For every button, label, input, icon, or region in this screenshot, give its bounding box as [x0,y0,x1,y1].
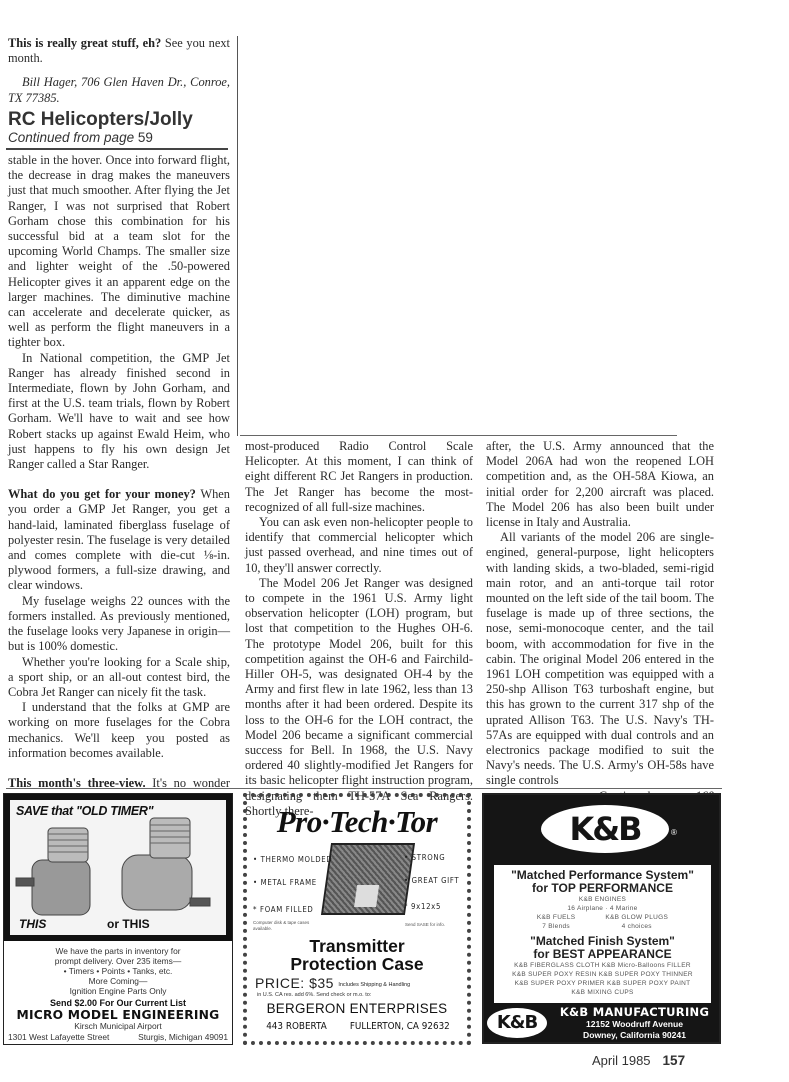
product-name: Transmitter Protection Case [243,937,471,973]
ad-micro-model-engineering: SAVE that "OLD TIMER" THIS or THIS We ha… [3,793,233,1045]
product-line: Protection Case [243,955,471,973]
ad-offer: Send $2.00 For Our Current List [4,998,232,1008]
ad-protechtor: Pro·Tech·Tor • THERMO MOLDED • METAL FRA… [243,793,471,1045]
feature: • GREAT GIFT [404,875,459,885]
section-what-you-get: What do you get for your money? When you… [8,487,230,593]
kb-address-block: K&B MANUFACTURING 12152 Woodruff Avenue … [552,1005,717,1041]
column-1-intro: This is really great stuff, eh? See you … [8,36,230,106]
ad-street: 1301 West Lafayette Street [8,1032,109,1042]
product-detail: 7 Blends [537,922,575,931]
section-lead: What do you get for your money? [8,487,196,501]
ad-brand: Pro·Tech·Tor [243,804,471,840]
product-line: K&B SUPER POXY RESIN K&B SUPER POXY THIN… [494,970,711,979]
continued-from-page: 59 [138,130,153,145]
ad-line: Ignition Engine Parts Only [4,986,232,996]
product-line: K&B SUPER POXY PRIMER K&B SUPER POXY PAI… [494,979,711,988]
kb-product-panel: "Matched Performance System" for TOP PER… [494,865,711,1003]
ad-city: FULLERTON, CA 92632 [350,1021,450,1032]
column-3-body: after, the U.S. Army announced that the … [486,439,714,804]
product-line: K&B ENGINES [494,895,711,904]
price-value: PRICE: $35 [255,975,334,991]
paragraph: In National competition, the GMP Jet Ran… [8,351,230,473]
ad-photo-frame: SAVE that "OLD TIMER" THIS or THIS [4,794,232,941]
ad-headline: SAVE that "OLD TIMER" [16,804,153,818]
ad-body: We have the parts in inventory for promp… [4,942,232,1042]
registered-mark-icon: ® [671,828,677,837]
ad-terms: in U.S. CA res. add 6%. Send check or m.… [257,992,371,998]
page-number: 157 [663,1053,686,1068]
price-note: Includes Shipping & Handling [338,982,410,988]
closing-lead: This is really great stuff, eh? [8,36,161,50]
continued-from: Continued from page 59 [8,130,230,146]
section-text: When you order a GMP Jet Ranger, you get… [8,487,230,592]
product-line: Transmitter [243,937,471,955]
paragraph: most-produced Radio Control Scale Helico… [245,439,473,515]
product-line: K&B GLOW PLUGS [605,913,668,922]
ad-company: BERGERON ENTERPRISES [243,1001,471,1016]
product-detail: 4 choices [605,922,668,931]
ad-company: K&B MANUFACTURING [552,1005,717,1019]
ad-note: Computer disk & tape cases available. [253,920,313,932]
product-detail: 16 Airplane · 4 Marine [494,904,711,913]
ad-city: Downey, California 90241 [552,1030,717,1041]
paragraph: Whether you're looking for a Scale ship,… [8,655,230,701]
three-view-bottom-rule [240,435,677,436]
ad-city: Sturgis, Michigan 49091 [138,1032,228,1042]
ad-line: We have the parts in inventory for [4,946,232,956]
ad-company: MICRO MODEL ENGINEERING [4,1010,232,1020]
paragraph: I understand that the folks at GMP are w… [8,700,230,761]
kb-logo: K&B [541,805,669,853]
page-folio: April 1985157 [592,1053,685,1068]
ad-kb-manufacturing: K&B ® "Matched Performance System" for T… [482,793,721,1044]
ad-line: • Timers • Points • Tanks, etc. [4,966,232,976]
ad-street: 443 ROBERTA [266,1021,327,1032]
product-line: K&B FUELS [537,913,575,922]
product-line: K&B MIXING CUPS [494,988,711,997]
ad-street: 12152 Woodruff Avenue [552,1019,717,1030]
caption-this: THIS [19,917,46,931]
paragraph: My fuselage weighs 22 ounces with the fo… [8,594,230,655]
product-line: K&B FIBERGLASS CLOTH K&B Micro-Balloons … [494,961,711,970]
engine-illustration-icon [10,800,226,935]
product-row: K&B FUELS7 Blends K&B GLOW PLUGS4 choice… [494,913,711,931]
ad-price: PRICE: $35 Includes Shipping & Handling [255,975,410,991]
paragraph: after, the U.S. Army announced that the … [486,439,714,530]
column-rule-left [237,36,238,436]
ad-line: More Coming— [4,976,232,986]
column-1-body: stable in the hover. Once into forward f… [8,153,230,806]
feature: * FOAM FILLED [253,904,313,914]
caption-or-this: or THIS [107,917,150,931]
ad-note: Send SASE for info. [405,922,445,928]
ad-address: 1301 West Lafayette Street Sturgis, Mich… [4,1032,232,1042]
ad-address: 443 ROBERTA FULLERTON, CA 92632 [266,1021,450,1032]
department-header: RC Helicopters/Jolly Continued from page… [8,110,230,146]
ad-location: Kirsch Municipal Airport [4,1021,232,1031]
system-subtitle: for TOP PERFORMANCE [494,882,711,895]
feature: • STRONG [404,852,445,862]
feature: * 9x12x5 [404,901,441,911]
kb-footer: K&B K&B MANUFACTURING 12152 Woodruff Ave… [484,1005,719,1042]
department-rule [6,148,228,150]
column-2-body: most-produced Radio Control Scale Helico… [245,439,473,819]
author-byline: Bill Hager, 706 Glen Haven Dr., Conroe, … [8,75,230,105]
paragraph: You can ask even non-helicopter people t… [245,515,473,576]
continued-from-label: Continued from page [8,130,138,145]
feature: • METAL FRAME [253,877,317,887]
kb-small-logo: K&B [487,1008,547,1038]
issue-date: April 1985 [592,1053,651,1068]
closing-paragraph: This is really great stuff, eh? See you … [8,36,230,66]
briefcase-icon [321,843,415,915]
paragraph: All variants of the model 206 are single… [486,530,714,788]
paragraph: The Model 206 Jet Ranger was designed to… [245,576,473,819]
system-subtitle: for BEST APPEARANCE [494,948,711,961]
engine-photo: SAVE that "OLD TIMER" THIS or THIS [10,800,226,935]
case-logo [354,885,379,907]
department-title: RC Helicopters/Jolly [8,110,230,130]
paragraph: stable in the hover. Once into forward f… [8,153,230,351]
ad-line: prompt delivery. Over 235 items— [4,956,232,966]
kb-logo-text: K&B [541,810,669,848]
feature: • THERMO MOLDED [253,854,332,864]
